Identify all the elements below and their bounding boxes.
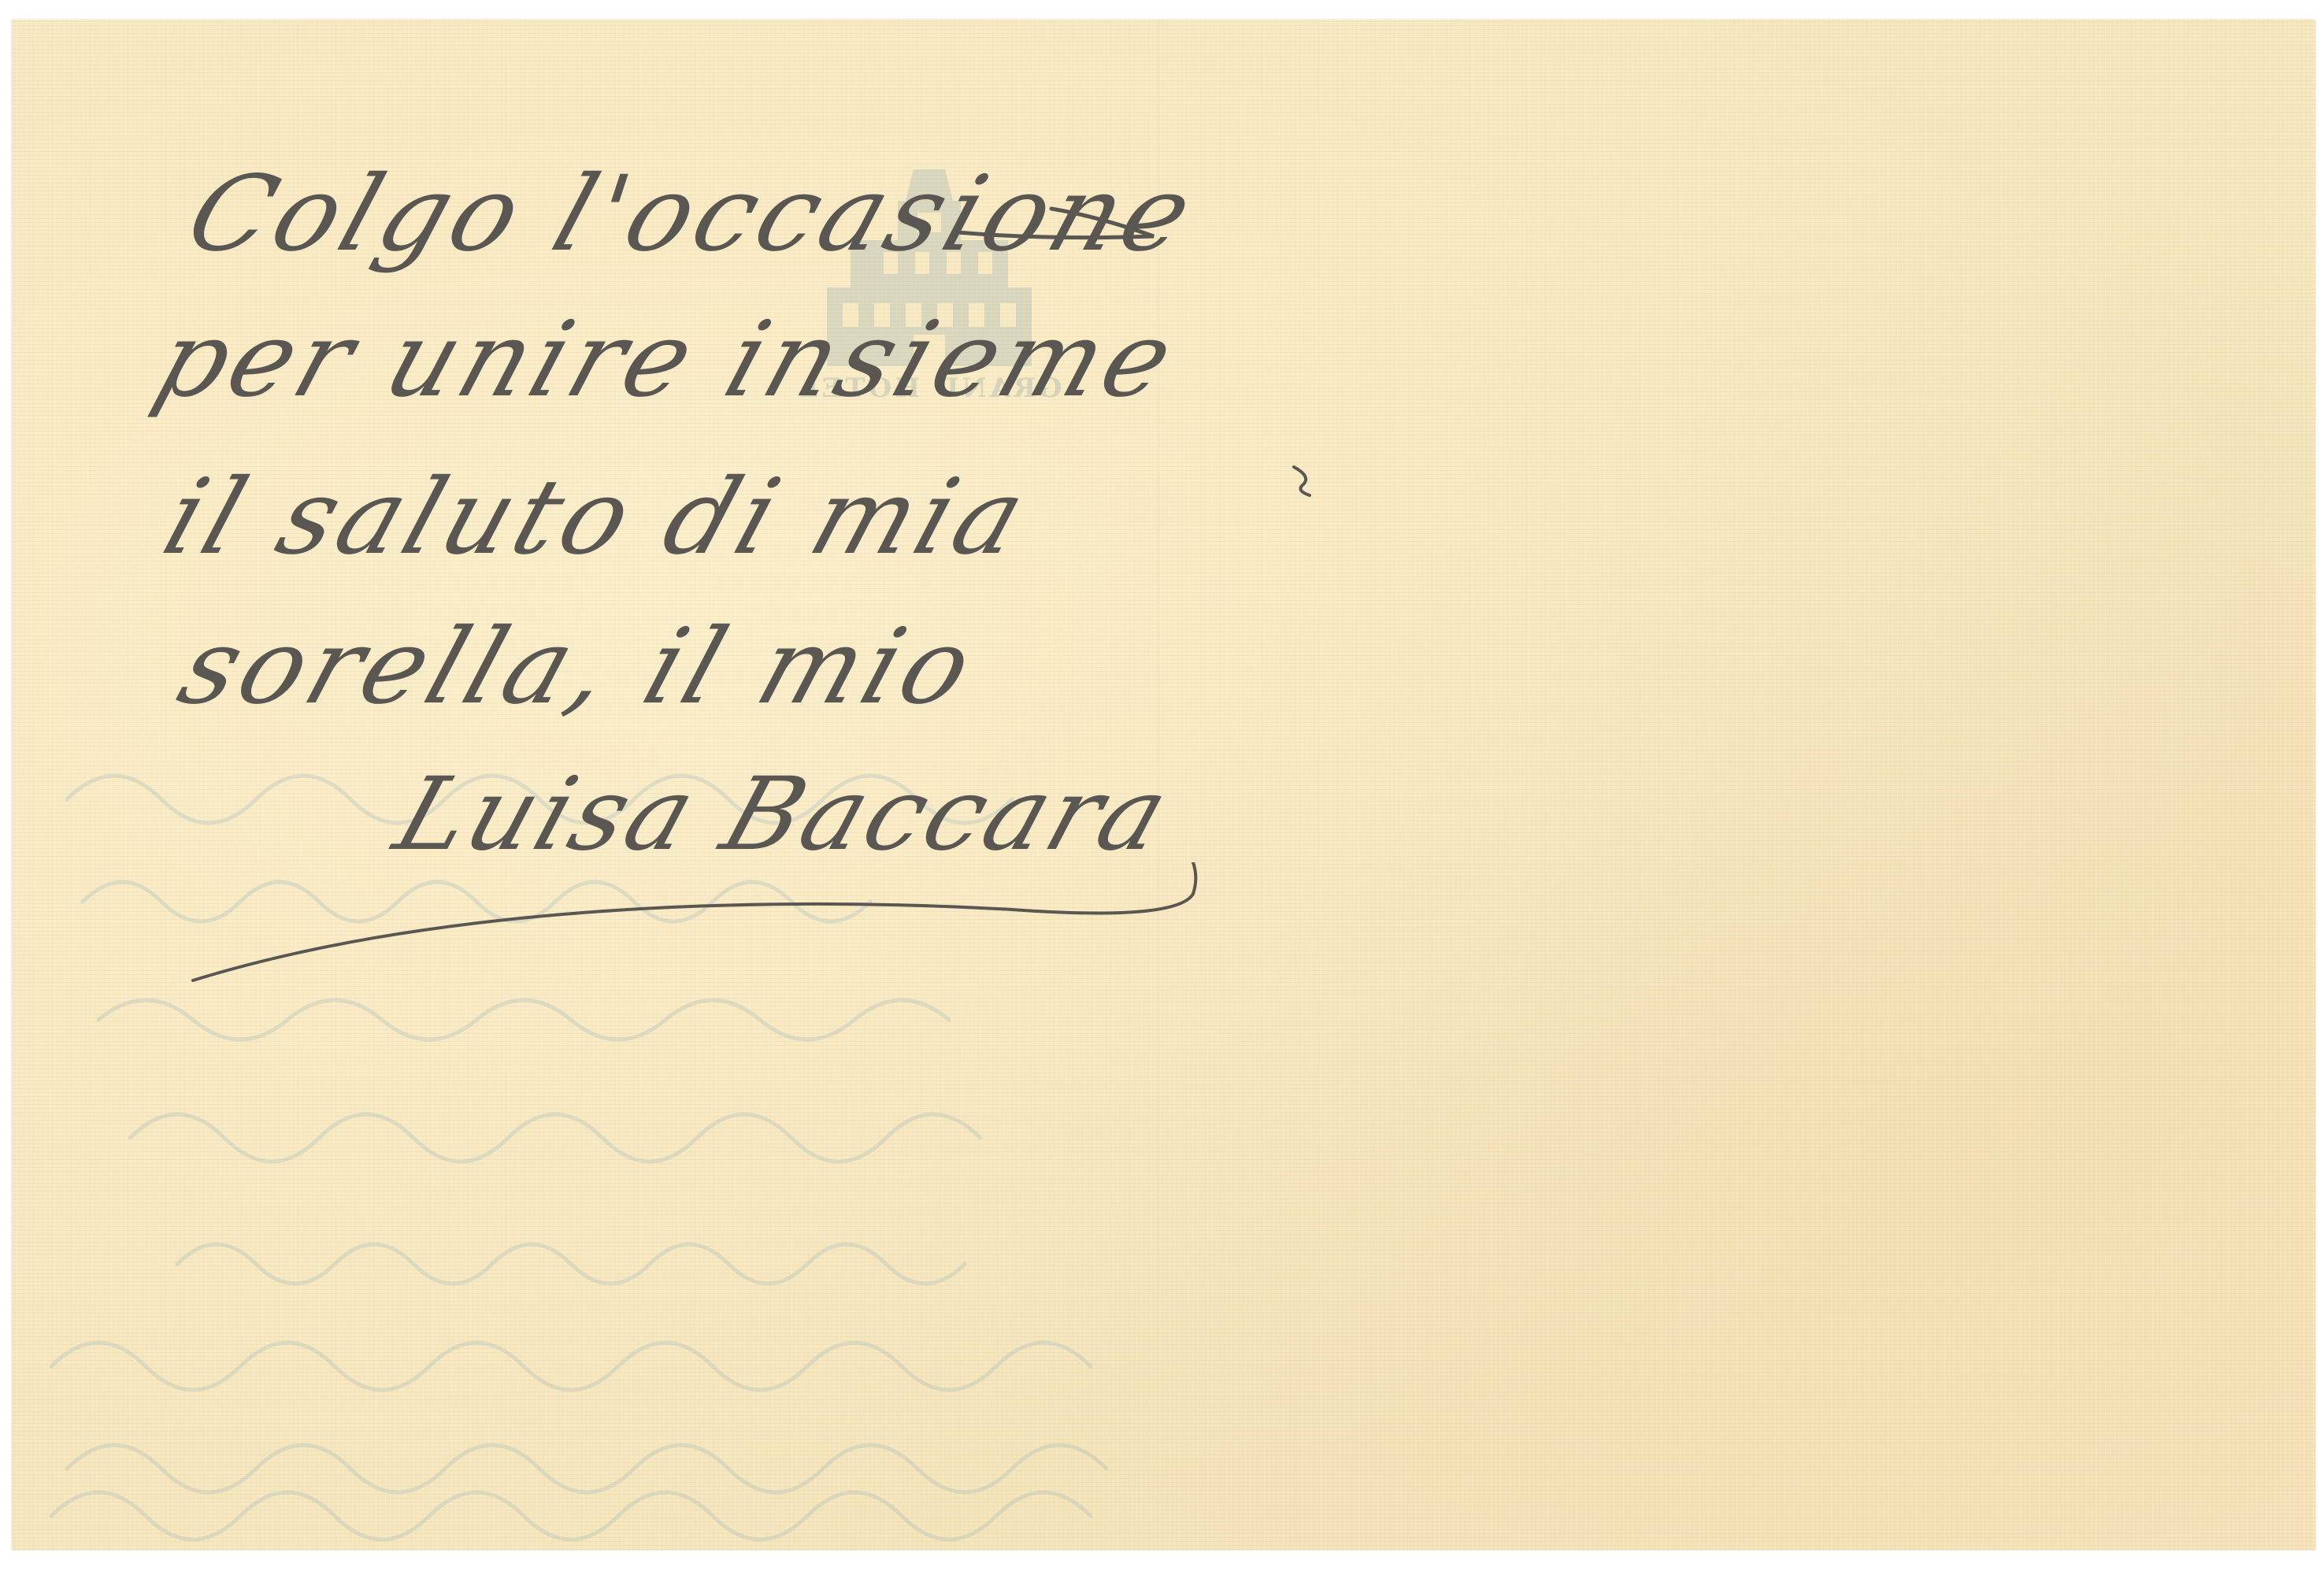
letter-line-3: il saluto di mia	[150, 457, 1043, 578]
letter-sheet: GRAND HOTEL Colgo l'occasione per unire …	[12, 20, 2315, 1550]
handwritten-message: Colgo l'occasione per unire insieme il s…	[12, 20, 1193, 1043]
line-1-tail-stroke	[957, 201, 1162, 248]
signature: Luisa Baccara	[382, 756, 1184, 873]
signature-flourish-underline	[185, 862, 1209, 988]
letter-line-4: sorella, il mio	[165, 606, 991, 728]
ink-mark	[1288, 461, 1319, 500]
letter-line-2: per unire insieme	[142, 299, 1192, 421]
